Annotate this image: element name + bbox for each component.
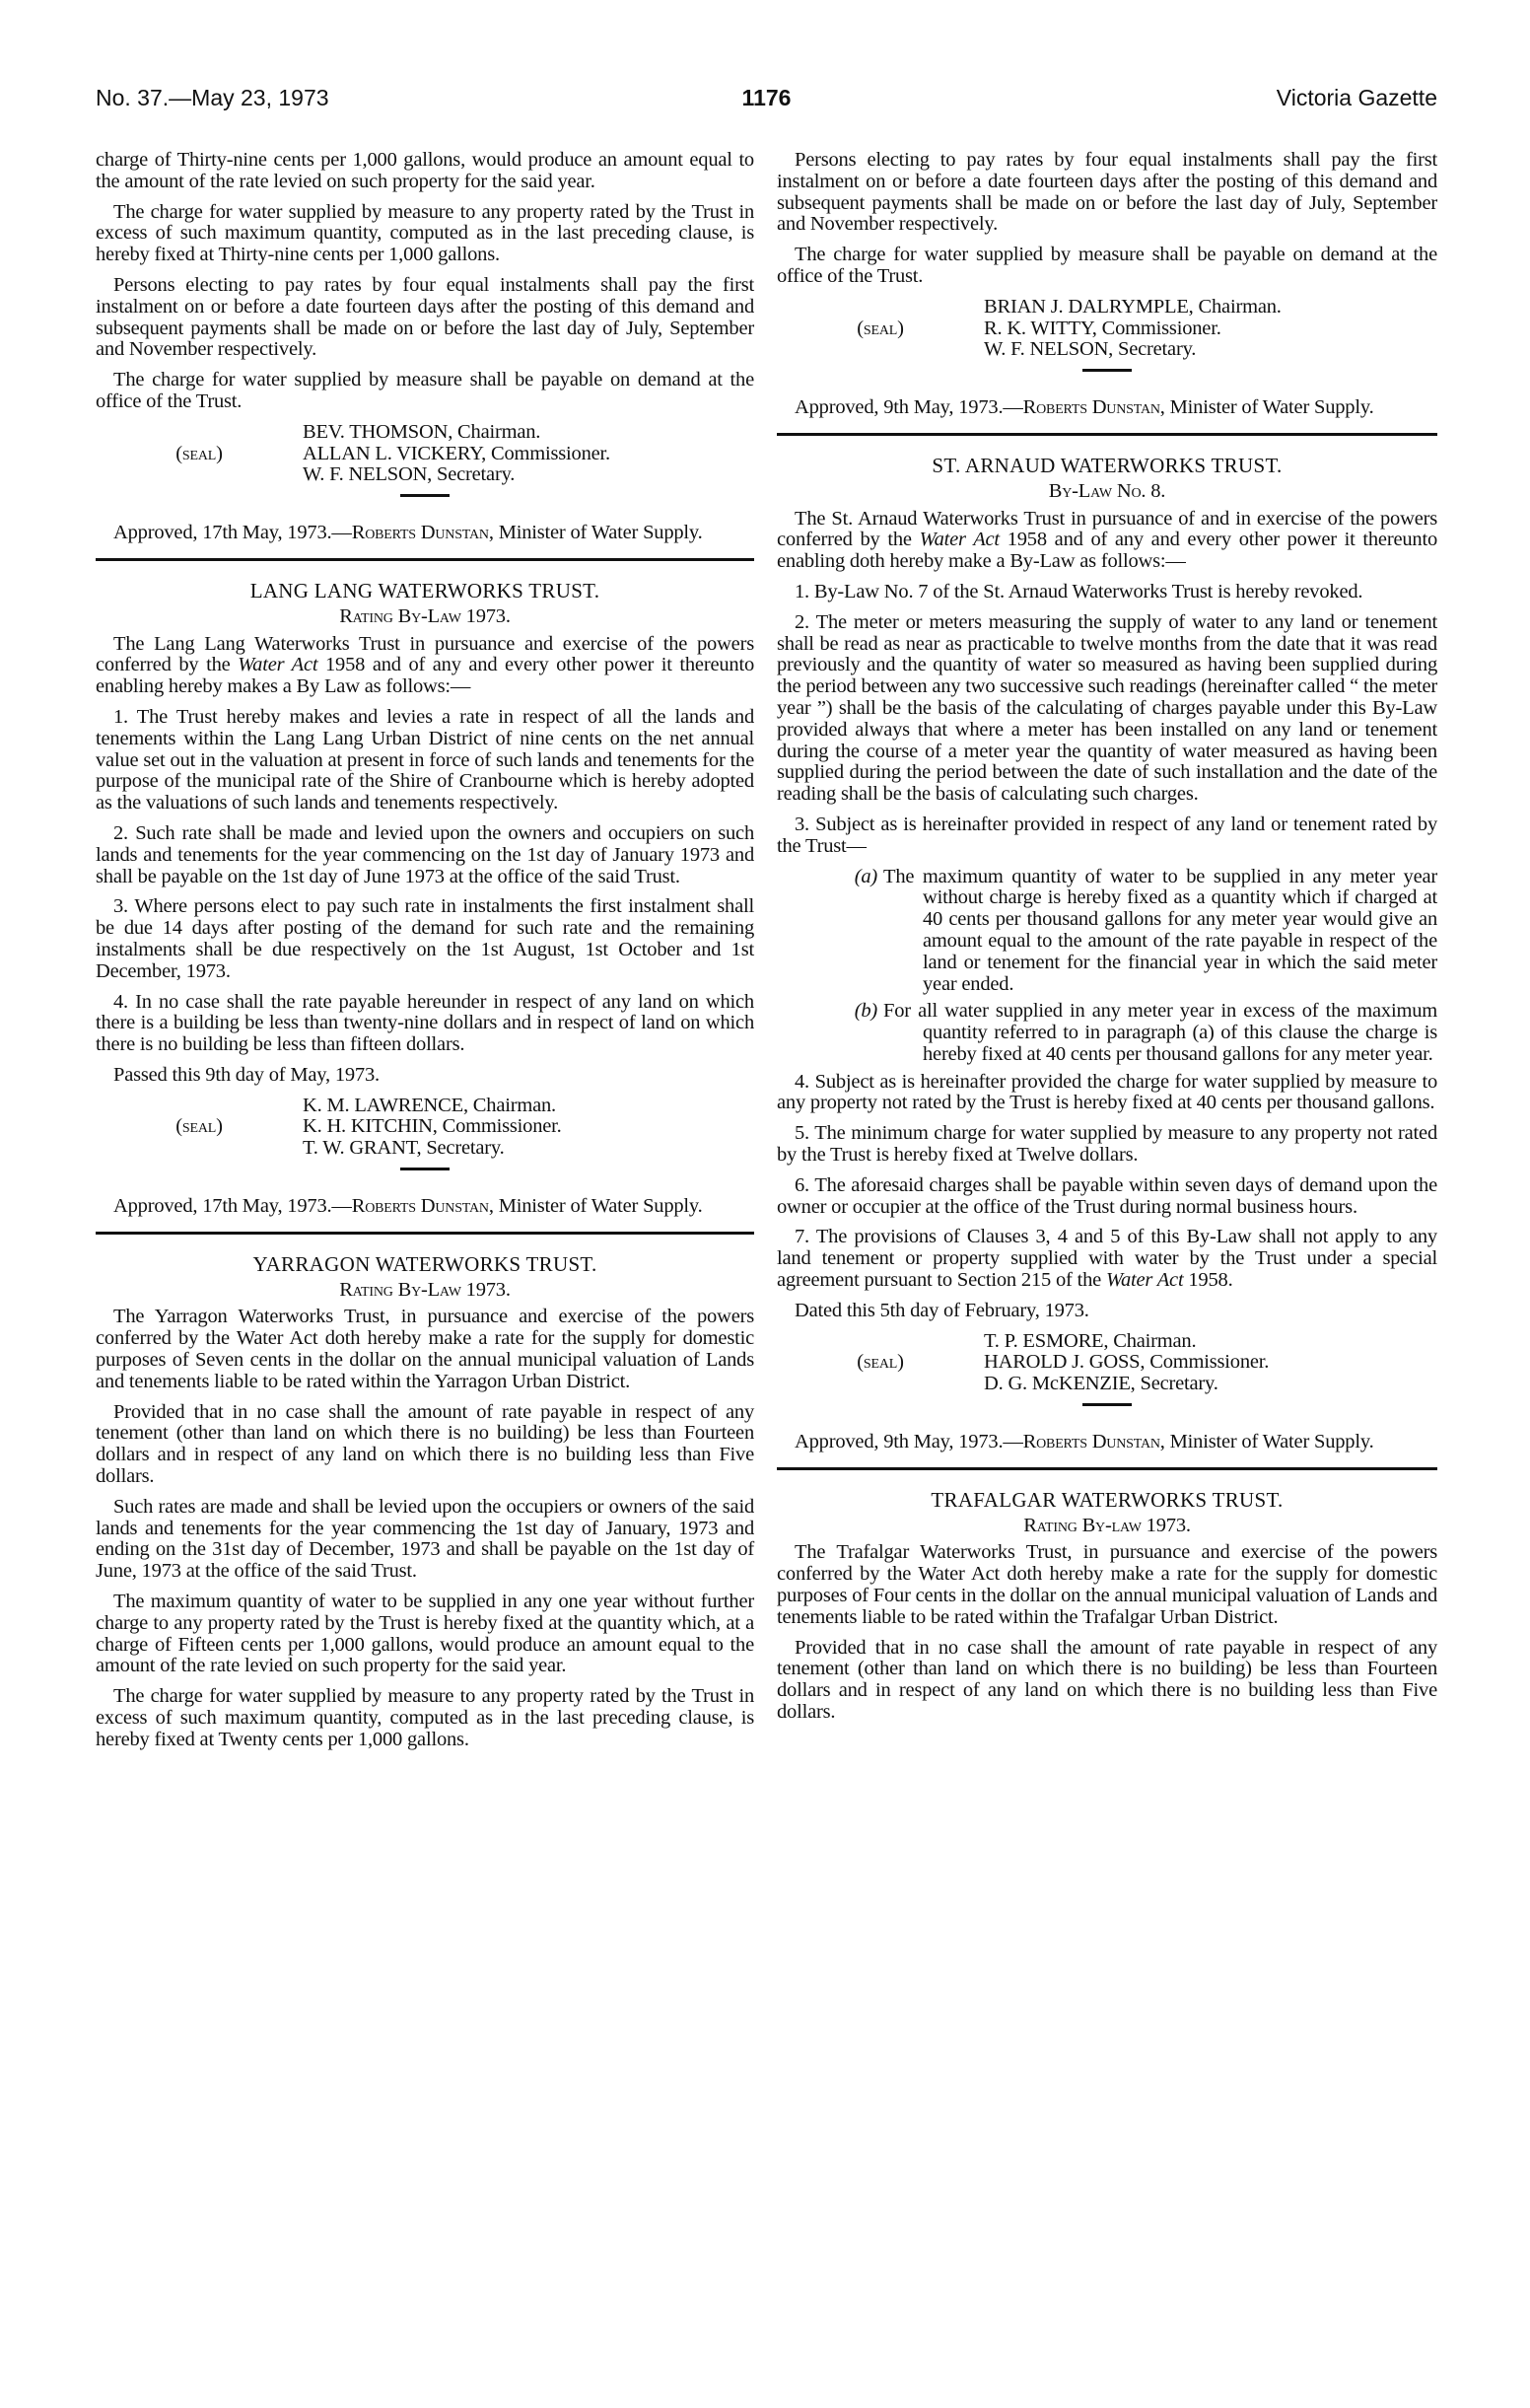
signature-block: (seal) BRIAN J. DALRYMPLE, Chairman. R. … [777,297,1437,361]
paragraph: Such rates are made and shall be levied … [96,1497,754,1583]
paragraph: The charge for water supplied by measure… [96,202,754,266]
short-divider [1082,369,1132,372]
paragraph: The Trafalgar Waterworks Trust, in pursu… [777,1542,1437,1628]
clause: 2. The meter or meters measuring the sup… [777,612,1437,806]
notice-trafalgar: TRAFALGAR WATERWORKS TRUST. Rating By-la… [777,1490,1437,1724]
paragraph: Persons electing to pay rates by four eq… [777,150,1437,236]
continued-notice-left: charge of Thirty-nine cents per 1,000 ga… [96,150,754,544]
clause: 2. Such rate shall be made and levied up… [96,823,754,887]
signatories: T. P. ESMORE, Chairman. HAROLD J. GOSS, … [984,1331,1437,1395]
notice-yarragon: YARRAGON WATERWORKS TRUST. Rating By-Law… [96,1254,754,1751]
signatory-secretary: W. F. NELSON, Secretary. [984,339,1437,361]
seal-label: (seal) [96,444,303,465]
continued-notice-right: Persons electing to pay rates by four eq… [777,150,1437,419]
sub-clause-label: (a) [777,867,883,996]
signatory-secretary: T. W. GRANT, Secretary. [303,1138,754,1160]
seal-label: (seal) [777,319,984,340]
act-name: Water Act [920,529,1000,550]
signatory-commissioner: ALLAN L. VICKERY, Commissioner. [303,444,754,465]
approval-note: Approved, 9th May, 1973.—Roberts Dunstan… [777,397,1437,419]
passed-date: Passed this 9th day of May, 1973. [96,1065,754,1087]
clause: 4. In no case shall the rate payable her… [96,992,754,1056]
paragraph: Provided that in no case shall the amoun… [96,1402,754,1488]
signature-block: (seal) BEV. THOMSON, Chairman. ALLAN L. … [96,422,754,486]
signatory-commissioner: R. K. WITTY, Commissioner. [984,319,1437,340]
section-divider [777,433,1437,436]
signatory-secretary: W. F. NELSON, Secretary. [303,464,754,486]
notice-subtitle: Rating By-Law 1973. [96,1280,754,1302]
notice-title: TRAFALGAR WATERWORKS TRUST. [777,1490,1437,1512]
notice-title: LANG LANG WATERWORKS TRUST. [96,581,754,602]
left-column: charge of Thirty-nine cents per 1,000 ga… [96,150,754,1760]
sub-clause-b: (b) For all water supplied in any meter … [777,1001,1437,1065]
paragraph: Persons electing to pay rates by four eq… [96,275,754,361]
signature-block: (seal) T. P. ESMORE, Chairman. HAROLD J.… [777,1331,1437,1395]
short-divider [1082,1403,1132,1406]
notice-title: ST. ARNAUD WATERWORKS TRUST. [777,456,1437,477]
clause: 1. By-Law No. 7 of the St. Arnaud Waterw… [777,582,1437,603]
approval-note: Approved, 9th May, 1973.—Roberts Dunstan… [777,1432,1437,1453]
signatory-chairman: BRIAN J. DALRYMPLE, Chairman. [984,297,1437,319]
dated-line: Dated this 5th day of February, 1973. [777,1301,1437,1322]
paragraph: charge of Thirty-nine cents per 1,000 ga… [96,150,754,193]
section-divider [777,1467,1437,1470]
section-divider [96,558,754,561]
notice-st-arnaud: ST. ARNAUD WATERWORKS TRUST. By-Law No. … [777,456,1437,1453]
intro-paragraph: The Lang Lang Waterworks Trust in pursua… [96,634,754,698]
signatory-secretary: D. G. McKENZIE, Secretary. [984,1374,1437,1395]
signature-block: (seal) K. M. LAWRENCE, Chairman. K. H. K… [96,1096,754,1160]
minister-name: Roberts Dunstan [1023,396,1160,418]
sub-clause-text: For all water supplied in any meter year… [883,1001,1437,1065]
paragraph: The charge for water supplied by measure… [96,370,754,413]
signatory-commissioner: HAROLD J. GOSS, Commissioner. [984,1352,1437,1374]
signatories: BEV. THOMSON, Chairman. ALLAN L. VICKERY… [303,422,754,486]
signatory-chairman: T. P. ESMORE, Chairman. [984,1331,1437,1353]
sub-clause-text: The maximum quantity of water to be supp… [883,867,1437,996]
publication-title: Victoria Gazette [1277,85,1437,111]
act-name: Water Act [238,654,317,675]
paragraph: The charge for water supplied by measure… [777,245,1437,288]
intro-paragraph: The St. Arnaud Waterworks Trust in pursu… [777,509,1437,573]
signatories: BRIAN J. DALRYMPLE, Chairman. R. K. WITT… [984,297,1437,361]
clause: 6. The aforesaid charges shall be payabl… [777,1175,1437,1219]
page-number: 1176 [96,85,1437,111]
right-column: Persons electing to pay rates by four eq… [777,150,1437,1733]
notice-subtitle: By-Law No. 8. [777,481,1437,503]
paragraph: Provided that in no case shall the amoun… [777,1638,1437,1724]
clause: 7. The provisions of Clauses 3, 4 and 5 … [777,1227,1437,1291]
short-divider [400,1168,450,1170]
notice-subtitle: Rating By-law 1973. [777,1516,1437,1537]
sub-clause-a: (a) The maximum quantity of water to be … [777,867,1437,996]
signatories: K. M. LAWRENCE, Chairman. K. H. KITCHIN,… [303,1096,754,1160]
clause: 3. Subject as is hereinafter provided in… [777,814,1437,858]
notice-subtitle: Rating By-Law 1973. [96,606,754,628]
signatory-chairman: BEV. THOMSON, Chairman. [303,422,754,444]
minister-name: Roberts Dunstan [352,1195,489,1217]
clause: 3. Where persons elect to pay such rate … [96,896,754,982]
clause: 4. Subject as is hereinafter provided th… [777,1072,1437,1115]
section-divider [96,1232,754,1235]
seal-label: (seal) [96,1116,303,1138]
paragraph: The maximum quantity of water to be supp… [96,1592,754,1677]
minister-name: Roberts Dunstan [1023,1431,1160,1452]
minister-name: Roberts Dunstan [352,522,489,543]
paragraph: The Yarragon Waterworks Trust, in pursua… [96,1307,754,1392]
approval-note: Approved, 17th May, 1973.—Roberts Dunsta… [96,1196,754,1218]
notice-title: YARRAGON WATERWORKS TRUST. [96,1254,754,1276]
approval-note: Approved, 17th May, 1973.—Roberts Dunsta… [96,523,754,544]
clause: 5. The minimum charge for water supplied… [777,1123,1437,1167]
short-divider [400,494,450,497]
sub-clause-label: (b) [777,1001,883,1065]
notice-lang-lang: LANG LANG WATERWORKS TRUST. Rating By-La… [96,581,754,1218]
clause: 1. The Trust hereby makes and levies a r… [96,707,754,814]
act-name: Water Act [1106,1269,1184,1291]
seal-label: (seal) [777,1352,984,1374]
signatory-chairman: K. M. LAWRENCE, Chairman. [303,1096,754,1117]
signatory-commissioner: K. H. KITCHIN, Commissioner. [303,1116,754,1138]
paragraph: The charge for water supplied by measure… [96,1686,754,1750]
page-header: No. 37.—May 23, 1973 1176 Victoria Gazet… [96,85,1437,118]
